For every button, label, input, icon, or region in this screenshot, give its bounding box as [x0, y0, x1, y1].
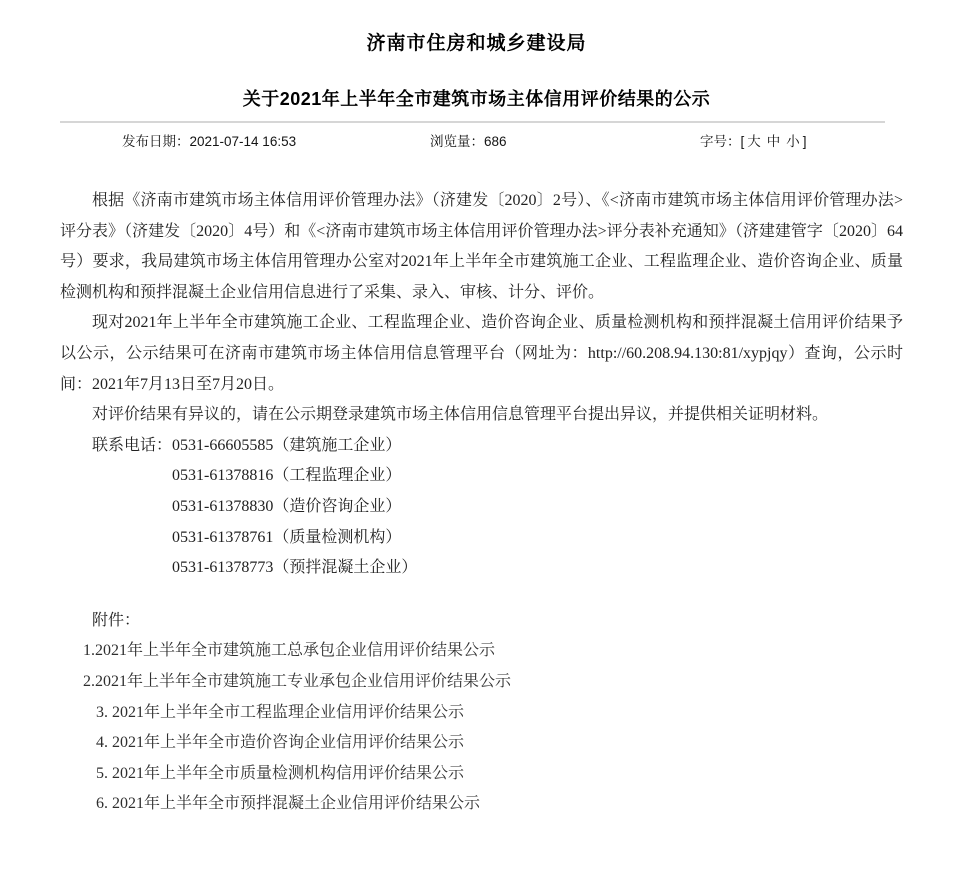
contact-phone-supervision: 0531-61378816（工程监理企业）	[60, 461, 903, 492]
attachments-label: 附件：	[60, 606, 903, 637]
page-subtitle: 关于2021年上半年全市建筑市场主体信用评价结果的公示	[0, 86, 953, 112]
contact-phone-construction: 0531-66605585（建筑施工企业）	[172, 437, 401, 454]
attachments-section: 附件： 1.2021年上半年全市建筑施工总承包企业信用评价结果公示 2.2021…	[60, 606, 903, 820]
contact-phone-quality-inspection: 0531-61378761（质量检测机构）	[60, 523, 903, 554]
contact-phone-cost-consulting: 0531-61378830（造价咨询企业）	[60, 492, 903, 523]
attachment-link-cost-consulting[interactable]: 4. 2021年上半年全市造价咨询企业信用评价结果公示	[60, 728, 903, 759]
view-count-label: 浏览量：	[430, 134, 484, 149]
paragraph-basis: 根据《济南市建筑市场主体信用评价管理办法》（济建发〔2020〕2号）、《<济南市…	[60, 186, 903, 308]
font-size-bracket-open: [	[741, 134, 745, 149]
publish-date: 发布日期：2021-07-14 16:53	[122, 130, 296, 150]
font-size-small-button[interactable]: 小	[786, 134, 800, 149]
meta-bar: 发布日期：2021-07-14 16:53 浏览量：686 字号：[大中小]	[60, 121, 885, 151]
contact-phone-ready-mixed-concrete: 0531-61378773（预拌混凝土企业）	[60, 553, 903, 584]
font-size-control: 字号：[大中小]	[700, 130, 807, 150]
article-body: 根据《济南市建筑市场主体信用评价管理办法》（济建发〔2020〕2号）、《<济南市…	[60, 186, 903, 820]
page-title: 济南市住房和城乡建设局	[0, 31, 953, 57]
font-size-bracket-close: ]	[803, 134, 807, 149]
contact-label: 联系电话：	[92, 437, 172, 454]
paragraph-objection: 对评价结果有异议的，请在公示期登录建筑市场主体信用信息管理平台提出异议，并提供相…	[60, 400, 903, 431]
publish-date-value: 2021-07-14 16:53	[190, 134, 297, 149]
attachment-link-general-contracting[interactable]: 1.2021年上半年全市建筑施工总承包企业信用评价结果公示	[60, 636, 903, 667]
font-size-label: 字号：	[700, 134, 741, 149]
view-count: 浏览量：686	[430, 130, 507, 150]
contact-line: 联系电话：0531-66605585（建筑施工企业）	[60, 431, 903, 462]
font-size-medium-button[interactable]: 中	[767, 134, 781, 149]
publish-date-label: 发布日期：	[122, 134, 190, 149]
font-size-large-button[interactable]: 大	[747, 134, 761, 149]
announcement-page: 济南市住房和城乡建设局 关于2021年上半年全市建筑市场主体信用评价结果的公示 …	[0, 0, 953, 885]
attachment-link-supervision[interactable]: 3. 2021年上半年全市工程监理企业信用评价结果公示	[60, 698, 903, 729]
view-count-value: 686	[484, 134, 507, 149]
attachment-link-quality-inspection[interactable]: 5. 2021年上半年全市质量检测机构信用评价结果公示	[60, 759, 903, 790]
attachment-link-specialized-contracting[interactable]: 2.2021年上半年全市建筑施工专业承包企业信用评价结果公示	[60, 667, 903, 698]
paragraph-publicity: 现对2021年上半年全市建筑施工企业、工程监理企业、造价咨询企业、质量检测机构和…	[60, 308, 903, 400]
attachment-link-ready-mixed-concrete[interactable]: 6. 2021年上半年全市预拌混凝土企业信用评价结果公示	[60, 789, 903, 820]
